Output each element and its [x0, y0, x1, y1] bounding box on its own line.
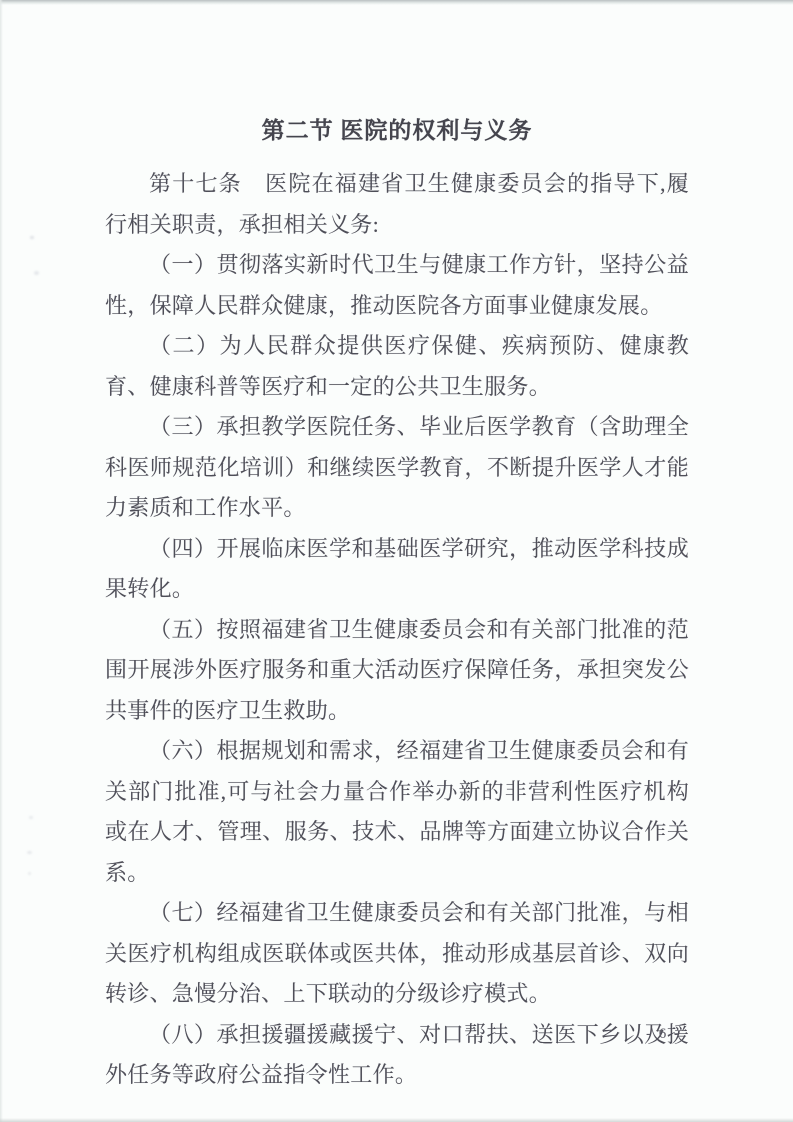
document-content: 第二节 医院的权利与义务 第十七条 医院在福建省卫生健康委员会的指导下,履行相关…: [105, 112, 689, 1096]
scan-smudge: [29, 816, 33, 819]
scan-smudge: [30, 236, 34, 239]
paragraph-article-17: 第十七条 医院在福建省卫生健康委员会的指导下,履行相关职责，承担相关义务:: [105, 164, 689, 245]
paragraph-item-7: （七）经福建省卫生健康委员会和有关部门批准，与相关医疗机构组成医联体或医共体，推…: [105, 893, 689, 1015]
scan-smudge: [34, 271, 39, 275]
scan-edge-top: [0, 0, 793, 5]
paragraph-item-8: （八）承担援疆援藏援宁、对口帮扶、送医下乡以及援外任务等政府公益指令性工作。: [105, 1015, 689, 1096]
scan-edge-bottom: [0, 1118, 793, 1122]
section-title: 第二节 医院的权利与义务: [105, 112, 689, 150]
paragraph-item-5: （五）按照福建省卫生健康委员会和有关部门批准的范围开展涉外医疗服务和重大活动医疗…: [105, 610, 689, 732]
paragraph-item-4: （四）开展临床医学和基础医学研究，推动医学科技成果转化。: [105, 529, 689, 610]
page-number: - 6 -: [646, 1026, 681, 1043]
paragraph-item-3: （三）承担教学医院任务、毕业后医学教育（含助理全科医师规范化培训）和继续医学教育…: [105, 407, 689, 529]
scan-edge-left: [0, 0, 3, 1122]
paragraph-item-1: （一）贯彻落实新时代卫生与健康工作方针，坚持公益性，保障人民群众健康，推动医院各…: [105, 245, 689, 326]
paragraph-item-6: （六）根据规划和需求，经福建省卫生健康委员会和有关部门批准,可与社会力量合作举办…: [105, 731, 689, 893]
paragraph-item-2: （二）为人民群众提供医疗保健、疾病预防、健康教育、健康科普等医疗和一定的公共卫生…: [105, 326, 689, 407]
scanned-document-page: 第二节 医院的权利与义务 第十七条 医院在福建省卫生健康委员会的指导下,履行相关…: [0, 0, 793, 1122]
scan-smudge: [28, 872, 31, 875]
scan-smudge: [27, 851, 32, 854]
